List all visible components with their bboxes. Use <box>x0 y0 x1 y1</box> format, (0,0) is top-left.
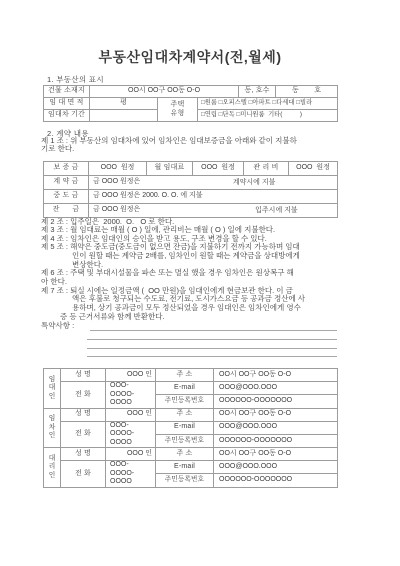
lessee-address-value: OO시 OO구 OO동 O-O <box>214 408 338 421</box>
agent-phone-value: OOO- OOOO-OOOO <box>106 461 156 488</box>
property-table: 건물 소재지 OO시 OO구 OO동 O-O 동, 호수 동 호 임 대 면 적… <box>43 85 338 122</box>
article-1-paragraph: 제 1 조 : 위 부동산의 임대차에 있어 임차인은 임대보증금을 아래와 같… <box>41 137 351 154</box>
lease-term-label: 임대차 기간 <box>44 110 90 122</box>
lessor-role-label: 임 대 인 <box>44 369 61 409</box>
down-payment-value: 금 OOO 원정은 <box>89 178 140 185</box>
building-address-label: 건물 소재지 <box>44 86 90 98</box>
management-fee-label: 관 리 비 <box>244 162 289 176</box>
special-terms-blank-line <box>87 356 337 357</box>
table-row: 대 리 인 성 명 OOO 인 주 소 OO시 OO구 OO동 O-O <box>44 448 338 461</box>
name-label: 성 명 <box>61 369 106 382</box>
phone-label: 전 화 <box>61 421 106 448</box>
lessee-role-label: 임 차 인 <box>44 408 61 448</box>
lessor-phone-value: OOO- OOOO-OOOO <box>106 382 156 409</box>
document-title: 부동산임대차계약서(전,월세) <box>43 47 337 67</box>
lessee-phone-value: OOO- OOOO-OOOO <box>106 421 156 448</box>
monthly-rent-value: OOO 원정 <box>193 162 244 176</box>
unit-number-label: 동, 호수 <box>239 86 276 98</box>
balance-when: 입주시에 지불 <box>255 206 298 215</box>
lease-area-value: 평 <box>90 98 158 110</box>
balance-label: 잔 금 <box>44 204 89 218</box>
agent-name-value: OOO 인 <box>106 448 156 461</box>
article-line: 기로 한다. <box>41 145 351 154</box>
lessor-rrn-value: OOOOOO-OOOOOOO <box>214 395 338 408</box>
phone-label: 전 화 <box>61 382 106 409</box>
lessee-name-value: OOO 인 <box>106 408 156 421</box>
email-label: E-mail <box>156 461 214 474</box>
table-row: 임 대 면 적 평 주택 유형 □원룸 □오피스텔 □아파트 □다세대 □빌라 <box>44 98 338 110</box>
interim-payment-label: 중 도 금 <box>44 190 89 204</box>
table-row: 보 증 금 OOO 원정 월 임대료 OOO 원정 관 리 비 OOO 원정 <box>44 162 338 176</box>
unit-number-value: 동 호 <box>276 86 338 98</box>
lease-term-value <box>90 110 158 122</box>
agent-email-value: OOO@OOO.OOO <box>214 461 338 474</box>
agent-role-label: 대 리 인 <box>44 448 61 488</box>
agent-rrn-value: OOOOOO-OOOOOOO <box>214 474 338 487</box>
phone-label: 전 화 <box>61 461 106 488</box>
down-payment-label: 계 약 금 <box>44 176 89 190</box>
rrn-label: 주민등록번호 <box>156 474 214 487</box>
housing-type-options-row1: □원룸 □오피스텔 □아파트 □다세대 □빌라 <box>198 98 338 110</box>
table-row: 전 화 OOO- OOOO-OOOO E-mail OOO@OOO.OOO <box>44 382 338 395</box>
contract-document-page: 부동산임대차계약서(전,월세) 1. 부동산의 표시 건물 소재지 OO시 OO… <box>0 0 400 566</box>
lessee-email-value: OOO@OOO.OOO <box>214 421 338 434</box>
management-fee-value: OOO 원정 <box>289 162 338 176</box>
address-label: 주 소 <box>156 448 214 461</box>
name-label: 성 명 <box>61 408 106 421</box>
monthly-rent-label: 월 임대료 <box>147 162 193 176</box>
articles-paragraphs: 제 2 조 : 입주일은 2000. O. O 로 한다. 제 3 조 : 월 … <box>41 218 351 322</box>
special-terms-blank-line <box>90 330 337 331</box>
lessor-email-value: OOO@OOO.OOO <box>214 382 338 395</box>
table-row: 임 대 인 성 명 OOO 인 주 소 OO시 OO구 OO동 O-O <box>44 369 338 382</box>
interim-payment-value: 금 OOO 원정은 2000. O. O. 에 지불 <box>89 190 338 204</box>
special-terms-blank-line <box>87 339 337 340</box>
balance-value: 금 OOO 원정은 <box>89 206 140 213</box>
name-label: 성 명 <box>61 448 106 461</box>
table-row: 임 차 인 성 명 OOO 인 주 소 OO시 OO구 OO동 O-O <box>44 408 338 421</box>
table-row: 잔 금 금 OOO 원정은 입주시에 지불 <box>44 204 338 218</box>
rrn-label: 주민등록번호 <box>156 434 214 447</box>
lease-area-label: 임 대 면 적 <box>44 98 90 110</box>
parties-table: 임 대 인 성 명 OOO 인 주 소 OO시 OO구 OO동 O-O 전 화 … <box>43 368 338 488</box>
building-address-value: OO시 OO구 OO동 O-O <box>90 86 239 98</box>
table-row: 전 화 OOO- OOOO-OOOO E-mail OOO@OOO.OOO <box>44 461 338 474</box>
housing-type-options-row2: □연립 □단독 □미니원룸 기타( ) <box>198 110 338 122</box>
deposit-label: 보 증 금 <box>44 162 89 176</box>
address-label: 주 소 <box>156 369 214 382</box>
payment-table: 보 증 금 OOO 원정 월 임대료 OOO 원정 관 리 비 OOO 원정 계… <box>43 161 338 218</box>
housing-type-label: 주택 유형 <box>158 98 198 122</box>
email-label: E-mail <box>156 421 214 434</box>
special-terms-label: 특약사항 : <box>41 322 74 331</box>
email-label: E-mail <box>156 382 214 395</box>
deposit-value: OOO 원정 <box>89 162 147 176</box>
table-row: 전 화 OOO- OOOO-OOOO E-mail OOO@OOO.OOO <box>44 421 338 434</box>
article-line: 제 6 조 : 주택 및 부대시설물을 파손 또는 멸실 했을 경우 임차인은 … <box>41 269 351 278</box>
balance-cell: 금 OOO 원정은 입주시에 지불 <box>89 204 338 218</box>
table-row: 건물 소재지 OO시 OO구 OO동 O-O 동, 호수 동 호 <box>44 86 338 98</box>
down-payment-when: 계약시에 지불 <box>233 178 276 187</box>
lessee-rrn-value: OOOOOO-OOOOOOO <box>214 434 338 447</box>
lessor-name-value: OOO 인 <box>106 369 156 382</box>
down-payment-cell: 금 OOO 원정은 계약시에 지불 <box>89 176 338 190</box>
rrn-label: 주민등록번호 <box>156 395 214 408</box>
article-line: 제 1 조 : 위 부동산의 임대차에 있어 임차인은 임대보증금을 아래와 같… <box>41 137 351 146</box>
lessor-address-value: OO시 OO구 OO동 O-O <box>214 369 338 382</box>
table-row: 중 도 금 금 OOO 원정은 2000. O. O. 에 지불 <box>44 190 338 204</box>
special-terms-blank-line <box>87 348 337 349</box>
table-row: 계 약 금 금 OOO 원정은 계약시에 지불 <box>44 176 338 190</box>
article-line: 증 등 근거서류와 함께 반환한다. <box>41 313 351 322</box>
address-label: 주 소 <box>156 408 214 421</box>
agent-address-value: OO시 OO구 OO동 O-O <box>214 448 338 461</box>
section1-heading: 1. 부동산의 표시 <box>47 74 104 85</box>
